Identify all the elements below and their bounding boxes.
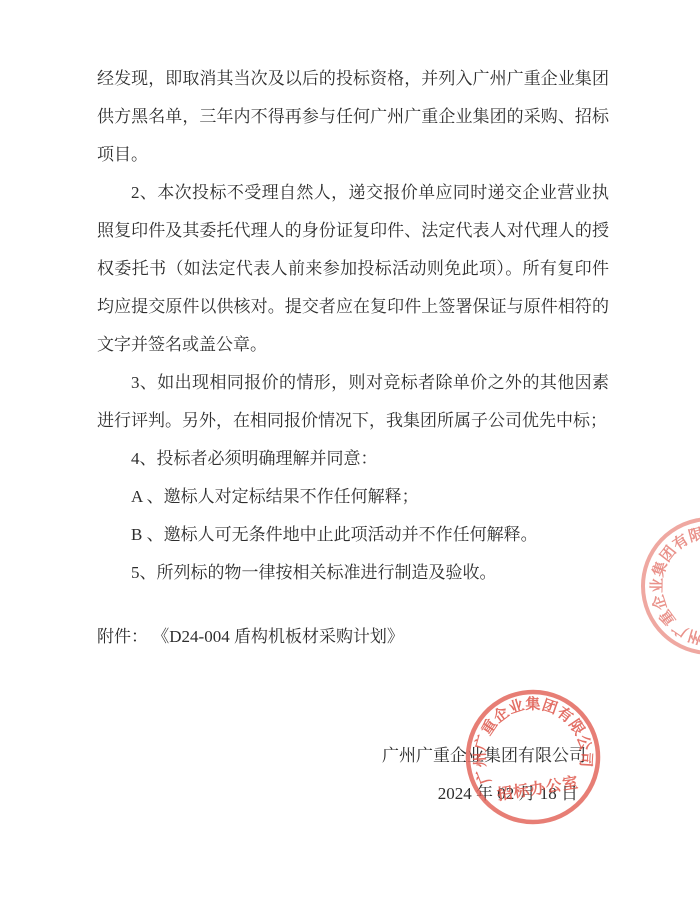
body-paragraph: 4、投标者必须明确理解并同意： xyxy=(97,440,609,478)
body-paragraph: A 、邀标人对定标结果不作任何解释； xyxy=(97,478,609,516)
body-paragraph: B 、邀标人可无条件地中止此项活动并不作任何解释。 xyxy=(97,516,609,554)
signature-date: 2024 年 02 月 18 日 xyxy=(97,775,609,813)
body-paragraph: 2、本次投标不受理自然人，递交报价单应同时递交企业营业执照复印件及其委托代理人的… xyxy=(97,174,609,364)
document-page: 经发现，即取消其当次及以后的投标资格，并列入广州广重企业集团供方黑名单，三年内不… xyxy=(0,0,700,913)
body-paragraph: 5、所列标的物一律按相关标准进行制造及验收。 xyxy=(97,554,609,592)
seal-ring-text: 广州广重企业集团有限公司 xyxy=(638,514,700,651)
attachment-line: 附件： 《D24-004 盾构机板材采购计划》 xyxy=(97,618,609,656)
body-paragraph: 3、如出现相同报价的情形，则对竞标者除单价之外的其他因素进行评判。另外，在相同报… xyxy=(97,364,609,440)
document-body: 经发现，即取消其当次及以后的投标资格，并列入广州广重企业集团供方黑名单，三年内不… xyxy=(97,60,609,813)
signature-block: 广州广重企业集团有限公司 2024 年 02 月 18 日 xyxy=(97,737,609,813)
partial-seal-stamp: 广州广重企业集团有限公司 招标办公室 xyxy=(620,496,700,676)
body-paragraph: 经发现，即取消其当次及以后的投标资格，并列入广州广重企业集团供方黑名单，三年内不… xyxy=(97,60,609,174)
signature-company: 广州广重企业集团有限公司 xyxy=(97,737,609,775)
